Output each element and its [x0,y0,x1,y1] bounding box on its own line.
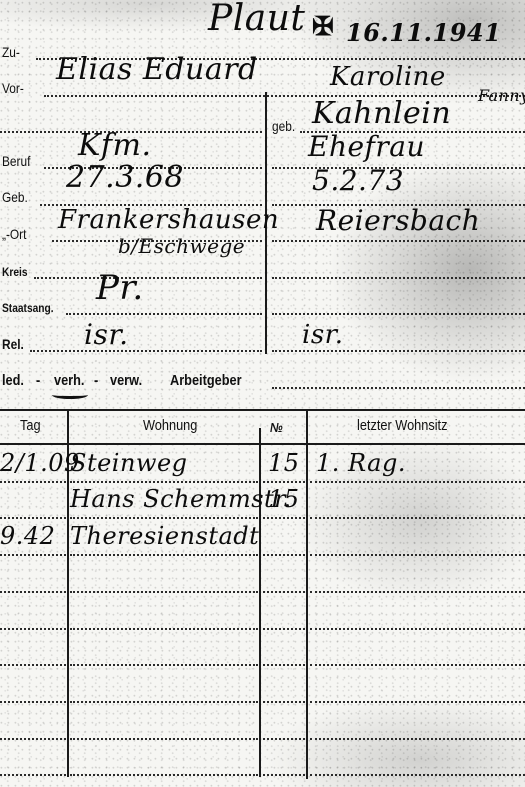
label-maiden-name: geb. [272,118,295,134]
table-row-rule [310,628,525,630]
table-col-divider-wohnung-header [259,428,261,444]
table-row-rule [0,774,66,776]
rule-employer [272,387,525,389]
table-cell-nr: 15 [268,449,300,477]
table-row-rule [310,701,525,703]
table-row-rule [70,701,258,703]
rule-district-right [272,277,525,279]
label-citizenship: Staatsang. [2,301,54,315]
table-cell-tag: 2/1.09 [0,449,80,477]
table-top-rule [0,409,525,411]
header-date: 16.11.1941 [346,18,501,47]
table-header-letzter-wohnsitz: letzter Wohnsitz [357,417,447,434]
spouse-given-names: Karoline [330,62,446,92]
table-row-rule [0,701,66,703]
header-annotation: Plaut [208,0,305,39]
person-religion: isr. [84,318,129,351]
label-employer: Arbeitgeber [170,372,242,389]
table-row-rule [263,517,305,519]
table-row-rule [310,591,525,593]
label-birth-date: Geb. [2,189,28,205]
marital-single: led. [2,372,24,389]
table-header-wohnung: Wohnung [143,417,197,434]
table-row-rule [310,554,525,556]
table-row-rule [70,738,258,740]
marital-married-underline [52,391,88,399]
label-birth-place: „-Ort [2,226,26,242]
marital-separator: - [94,372,98,389]
spouse-occupation: Ehefrau [308,130,425,163]
table-header-nr: № [270,420,283,435]
table-row-rule [263,481,305,483]
rule-religion-right [272,350,525,352]
rule-citizenship-right [272,313,525,315]
person-given-names: Elias Eduard [56,52,258,87]
table-cell-tag: 9.42 [0,522,55,550]
rule-given-name [44,95,525,97]
label-occupation: Beruf [2,153,30,169]
rule-citizenship-left [66,313,262,315]
table-row-rule [263,664,305,666]
rule-birth-place-right [272,240,525,242]
table-row-rule [310,664,525,666]
spouse-maiden-name: Kahnlein [312,96,451,131]
label-district: Kreis [2,265,28,279]
table-row-rule [70,517,258,519]
table-cell-nr: 15 [268,485,300,513]
table-row-rule [310,481,525,483]
table-row-rule [263,628,305,630]
person-citizenship: Pr. [96,268,144,308]
table-row-rule [0,738,66,740]
marital-married: verh. [54,372,84,389]
table-row-rule [70,591,258,593]
table-col-divider-nr [306,411,308,779]
table-row-rule [263,554,305,556]
table-cell-wohnung: Theresienstadt [70,522,259,550]
person-occupation: Kfm. [78,128,152,163]
label-religion: Rel. [2,336,24,352]
marital-widowed: verw. [110,372,142,389]
person-birth-place-note: b/Eschwege [118,234,245,258]
table-row-rule [0,628,66,630]
person-birth-date: 27.3.68 [66,160,184,195]
table-row-rule [70,481,258,483]
label-given-name: Vor- [2,80,24,96]
table-cell-letzter-wohnsitz: 1. Rag. [316,449,406,477]
table-row-rule [310,774,525,776]
table-row-rule [70,628,258,630]
table-row-rule [70,554,258,556]
table-row-rule [0,481,66,483]
spouse-birth-date: 5.2.73 [312,164,404,197]
label-surname: Zu- [2,44,20,60]
table-cell-wohnung: Steinweg [70,449,188,477]
rule-district-left [34,277,262,279]
table-row-rule [263,774,305,776]
table-row-rule [70,774,258,776]
table-row-rule [0,664,66,666]
table-row-rule [310,738,525,740]
table-row-rule [263,701,305,703]
table-row-rule [310,517,525,519]
table-row-rule [0,554,66,556]
table-row-rule [0,591,66,593]
spouse-given-names-note: Fanny [478,86,525,105]
marital-separator: - [36,372,40,389]
table-header-tag: Tag [20,417,41,434]
table-row-rule [0,517,66,519]
person-birth-place: Frankershausen [58,205,279,235]
header-symbol: ✠ [312,12,334,42]
spouse-religion: isr. [302,320,344,350]
table-row-rule [263,591,305,593]
table-row-rule [70,664,258,666]
rule-religion-left [30,350,262,352]
spouse-birth-place: Reiersbach [316,204,480,237]
table-row-rule [263,738,305,740]
table-header-rule [0,443,525,445]
table-cell-wohnung: Hans Schemmstr. [70,485,292,513]
